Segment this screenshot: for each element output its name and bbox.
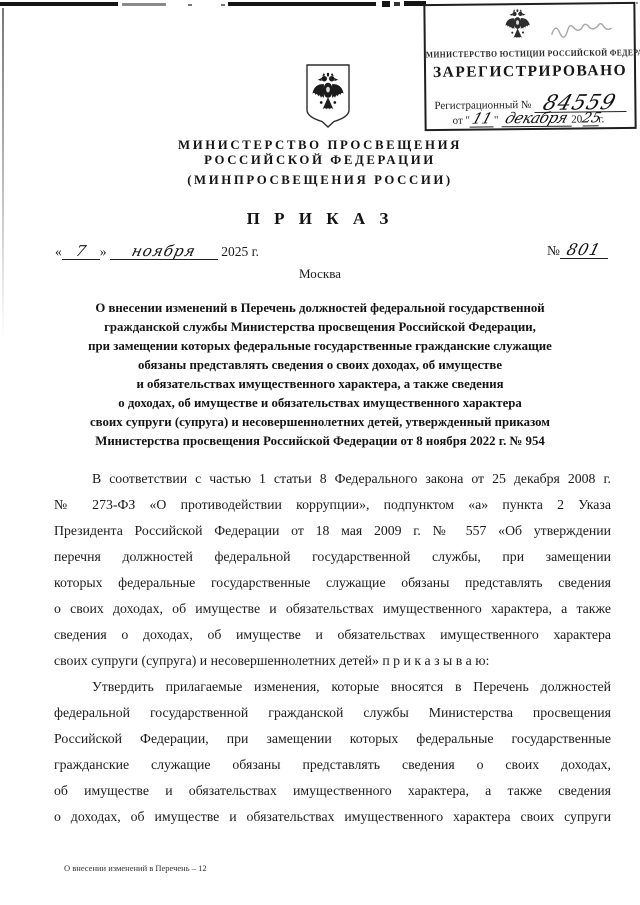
title-line: О внесении изменений в Перечень должност… bbox=[30, 299, 610, 318]
date-day-underline: 7 bbox=[62, 244, 100, 260]
stamp-date-month-underline: декабря bbox=[501, 111, 571, 128]
title-line: и обязательствах имущественного характер… bbox=[30, 375, 610, 394]
footer-reference-note: О внесении изменений в Перечень – 12 bbox=[64, 863, 207, 873]
document-type-title: П Р И К А З bbox=[0, 209, 640, 229]
org-header: МИНИСТЕРСТВО ПРОСВЕЩЕНИЯ РОССИЙСКОЙ ФЕДЕ… bbox=[0, 138, 640, 188]
org-short-name: (МИНПРОСВЕЩЕНИЯ РОССИИ) bbox=[0, 173, 640, 188]
body-line: об имуществе и обязательствах имуществен… bbox=[54, 778, 611, 804]
state-emblem-icon bbox=[303, 63, 353, 129]
body-line: Утвердить прилагаемые изменения, которые… bbox=[54, 674, 611, 700]
paragraph-preamble: В соответствии с частью 1 статьи 8 Федер… bbox=[54, 466, 611, 674]
title-line: Министерства просвещения Российской Феде… bbox=[30, 432, 610, 451]
body-line: о доходах, об имуществе и обязательствах… bbox=[54, 804, 611, 830]
body-line: федеральной государственной гражданской … bbox=[54, 700, 611, 726]
stamp-date-prefix: от " bbox=[453, 115, 471, 127]
document-page: МИНИСТЕРСТВО ЮСТИЦИИ РОССИЙСКОЙ ФЕДЕРАЦИ… bbox=[0, 0, 640, 905]
document-body: В соответствии с частью 1 статьи 8 Федер… bbox=[54, 466, 611, 830]
scan-mark bbox=[188, 4, 192, 6]
number-label: № bbox=[547, 243, 560, 258]
body-line: сведения о доходах, об имуществе и обяза… bbox=[54, 622, 611, 648]
stamp-date-quote: " bbox=[494, 114, 499, 126]
title-line: обязаны представлять сведения о своих до… bbox=[30, 356, 610, 375]
number-value: 801 bbox=[565, 242, 603, 258]
body-line: своих супруги (супруга) и несовершенноле… bbox=[54, 648, 611, 674]
date-close-quote: » bbox=[100, 244, 107, 259]
body-line: которых федеральные государственные служ… bbox=[54, 570, 611, 596]
stamp-eagle-icon bbox=[503, 9, 531, 41]
title-line: своих супруги (супруга) и несовершенноле… bbox=[30, 413, 610, 432]
document-number: №801 bbox=[547, 242, 608, 259]
org-name-line2: РОССИЙСКОЙ ФЕДЕРАЦИИ bbox=[0, 153, 640, 168]
scan-mark bbox=[394, 2, 400, 6]
scan-mark bbox=[382, 1, 390, 7]
date-month-underline: ноября bbox=[110, 244, 218, 260]
scan-mark bbox=[228, 2, 376, 6]
registration-stamp: МИНИСТЕРСТВО ЮСТИЦИИ РОССИЙСКОЙ ФЕДЕРАЦИ… bbox=[423, 2, 636, 131]
stamp-date: от "11" декабря2025г. bbox=[452, 110, 604, 128]
stamp-date-day-value: 11 bbox=[470, 111, 494, 126]
stamp-ministry-line: МИНИСТЕРСТВО ЮСТИЦИИ РОССИЙСКОЙ ФЕДЕРАЦИ… bbox=[426, 47, 634, 60]
org-name-line1: МИНИСТЕРСТВО ПРОСВЕЩЕНИЯ bbox=[0, 138, 640, 153]
document-date: «7» ноября 2025 г. bbox=[55, 244, 259, 260]
number-underline: 801 bbox=[560, 242, 608, 259]
scan-mark bbox=[0, 2, 118, 6]
body-line: В соответствии с частью 1 статьи 8 Федер… bbox=[54, 466, 611, 492]
body-line: Российской Федерации, при замещении кото… bbox=[54, 726, 611, 752]
body-line: перечня должностей федеральной государст… bbox=[54, 544, 611, 570]
date-month-value: ноября bbox=[130, 244, 197, 259]
stamp-date-month-value: декабря bbox=[503, 111, 569, 127]
scan-mark bbox=[221, 4, 225, 6]
stamp-date-year-hand: 25 bbox=[580, 111, 602, 125]
stamp-date-day-underline: 11 bbox=[470, 111, 494, 127]
body-line: гражданские служащие обязаны представлят… bbox=[54, 752, 611, 778]
city-label: Москва bbox=[0, 266, 640, 282]
paragraph-order: Утвердить прилагаемые изменения, которые… bbox=[54, 674, 611, 830]
date-number-row: «7» ноября 2025 г. №801 bbox=[55, 240, 610, 266]
stamp-registered-label: ЗАРЕГИСТРИРОВАНО bbox=[426, 62, 634, 82]
scan-mark bbox=[122, 3, 166, 6]
stamp-date-year-underline: 25 bbox=[582, 111, 598, 126]
date-day-value: 7 bbox=[74, 244, 87, 259]
title-line: при замещении которых федеральные госуда… bbox=[30, 337, 610, 356]
body-line: № 273-ФЗ «О противодействии коррупции», … bbox=[54, 492, 611, 518]
date-open-quote: « bbox=[55, 244, 62, 259]
stamp-scribble-icon bbox=[550, 20, 616, 43]
body-line: Президента Российской Федерации от 18 ма… bbox=[54, 518, 611, 544]
title-line: гражданской службы Министерства просвеще… bbox=[30, 318, 610, 337]
title-line: о доходах, об имуществе и обязательствах… bbox=[30, 394, 610, 413]
date-year: 2025 г. bbox=[221, 244, 259, 259]
document-subject-title: О внесении изменений в Перечень должност… bbox=[30, 299, 610, 451]
body-line: о своих доходах, об имуществе и обязател… bbox=[54, 596, 611, 622]
